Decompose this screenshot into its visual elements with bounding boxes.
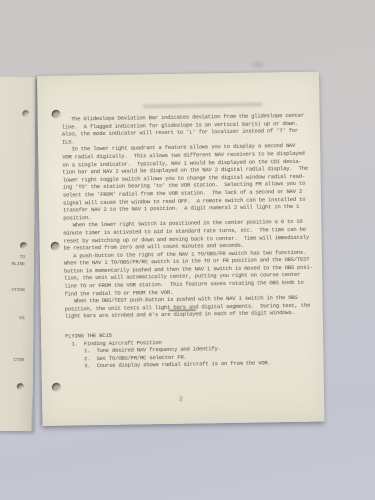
punch-hole: [17, 383, 24, 390]
faint-header-bleedthrough: [142, 102, 262, 108]
underpage-text-fragment: RLINE: [11, 262, 24, 267]
page-number: 2: [179, 396, 183, 403]
typewritten-text: The Glideslope Deviation Bar indicates d…: [62, 112, 318, 371]
wall-smudge: [252, 62, 264, 67]
paragraph-timer-obs-test: When the lower right switch is positione…: [63, 218, 317, 321]
underlying-page: TO RLINE ATION GS CTOR: [0, 77, 36, 431]
punch-hole: [51, 242, 60, 251]
document-page: The Glideslope Deviation Bar indicates d…: [37, 72, 324, 426]
underpage-text-fragment: TO: [20, 255, 25, 260]
underpage-text-fragment: CTOR: [13, 358, 24, 363]
numbered-list: 1. Finding Aircraft Position 1. Tune des…: [65, 336, 317, 370]
punch-hole: [52, 110, 61, 119]
paragraph-nav2-radial: In the lower right quadrant a feature al…: [62, 142, 315, 222]
underpage-text-fragment: ATION: [11, 288, 24, 293]
paragraph-glideslope: The Glideslope Deviation Bar indicates d…: [62, 112, 314, 146]
photo-scene: TO RLINE ATION GS CTOR The Glideslope De…: [0, 0, 375, 500]
punch-hole: [52, 383, 61, 392]
punch-hole: [22, 110, 29, 117]
underpage-text-fragment: GS: [19, 316, 24, 321]
punch-hole: [20, 242, 27, 249]
